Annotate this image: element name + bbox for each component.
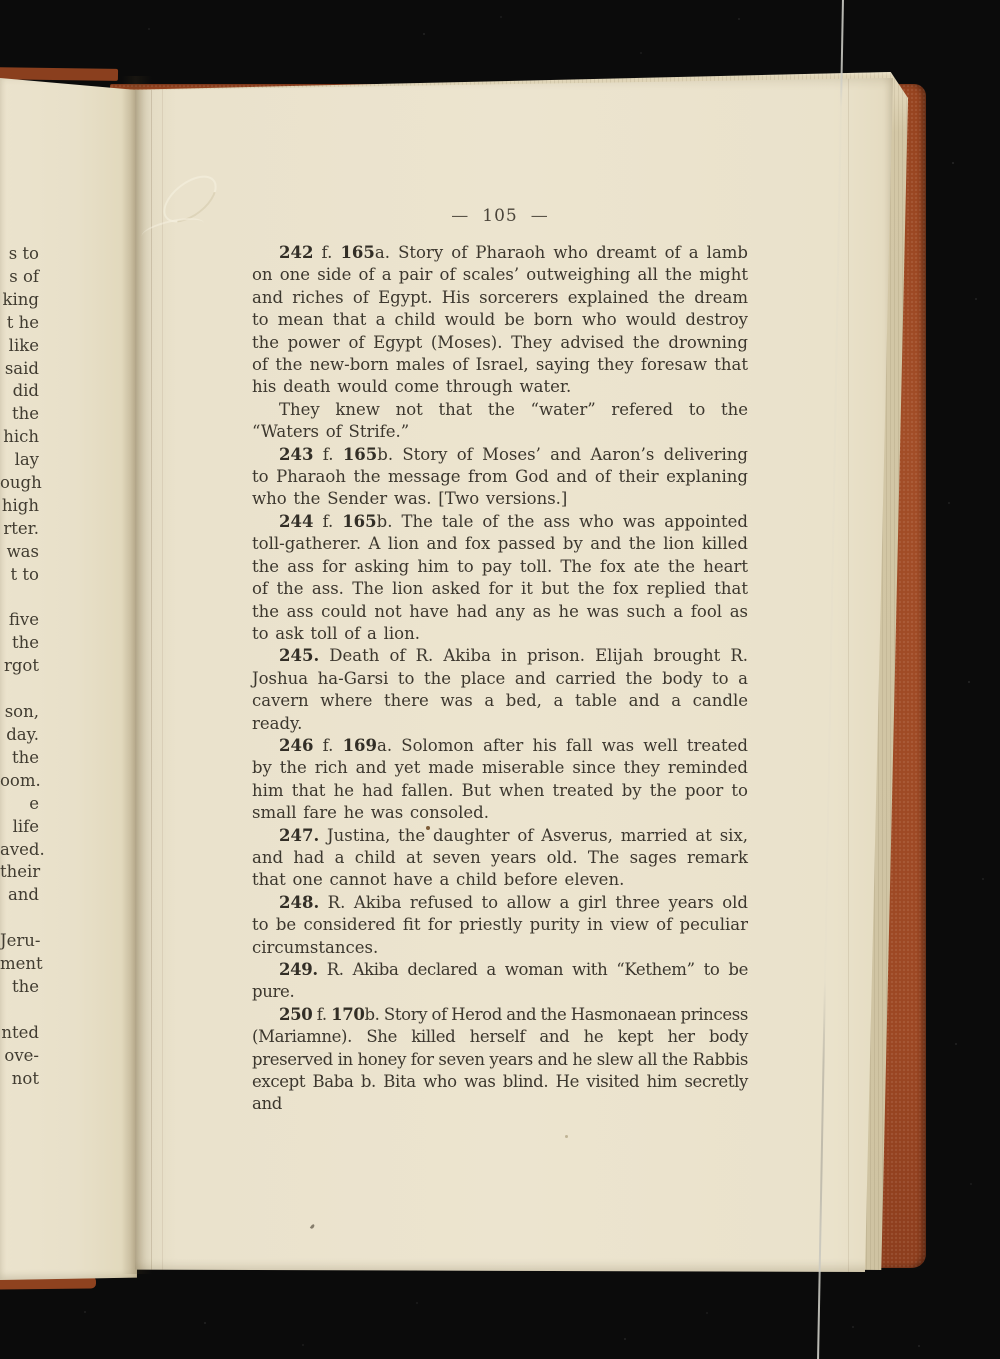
- left-page-fragment: day.: [0, 724, 39, 747]
- fragment-group: Jeru-mentthe: [0, 930, 39, 999]
- left-page-fragment: the: [0, 747, 39, 770]
- left-page-fragment: rter.: [0, 518, 39, 541]
- catalog-entry: 249. R. Akiba declared a woman with “Ket…: [252, 959, 748, 1004]
- gutter-crease-line-2: [162, 76, 163, 1272]
- left-page-fragment: ough: [0, 472, 39, 495]
- left-page-fragment: high: [0, 495, 39, 518]
- left-page-fragment: t to: [0, 564, 39, 587]
- left-page-fragment: said: [0, 358, 39, 381]
- left-page-fragment: the: [0, 632, 39, 655]
- fragment-group: ntedove-not: [0, 1022, 39, 1091]
- left-page-fragment: Jeru-: [0, 930, 39, 953]
- left-page-fragment: rgot: [0, 655, 39, 678]
- catalog-entry: 250 f. 170b. Story of Herod and the Hasm…: [252, 1004, 748, 1116]
- catalog-entry: 248. R. Akiba refused to allow a girl th…: [252, 892, 748, 959]
- catalog-entry: 243 f. 165b. Story of Moses’ and Aaron’s…: [252, 444, 748, 511]
- left-page-fragment: e life: [0, 793, 39, 839]
- catalog-entry: 247. Justina, the daughter of Asverus, m…: [252, 825, 748, 892]
- left-page-fragment: aved.: [0, 839, 39, 862]
- left-page-fragment: like: [0, 335, 39, 358]
- header-dash-left: —: [451, 206, 469, 226]
- left-page-fragment: was: [0, 541, 39, 564]
- left-page-fragment: s to: [0, 243, 39, 266]
- left-page-fragment: oom.: [0, 770, 39, 793]
- right-page: —105— 242 f. 165a. Story of Pharaoh who …: [135, 76, 893, 1272]
- catalog-entry: They knew not that the “water” refered t…: [252, 399, 748, 444]
- left-page-fragment: son,: [0, 701, 39, 724]
- left-page-fragment: and: [0, 884, 39, 907]
- entries: 242 f. 165a. Story of Pharaoh who dreamt…: [252, 242, 748, 1116]
- catalog-entry: 246 f. 169a. Solomon after his fall was …: [252, 735, 748, 825]
- left-page-fragment: the: [0, 403, 39, 426]
- fore-edge-crease-line: [848, 76, 849, 1272]
- paper-speck: [565, 1135, 568, 1138]
- left-page-fragment: ove-: [0, 1045, 39, 1068]
- page-number-header: —105—: [252, 206, 748, 226]
- left-page-fragment: not: [0, 1068, 39, 1091]
- left-page-fragment: did: [0, 380, 39, 403]
- left-page-fragment: the: [0, 976, 39, 999]
- gutter-crease-line: [151, 76, 152, 1272]
- left-page-fragment: their: [0, 861, 39, 884]
- left-page-fragment: ment: [0, 953, 39, 976]
- fragment-group: s tos ofkingt helikesaiddidthehichlayoug…: [0, 243, 39, 587]
- catalog-entry: 242 f. 165a. Story of Pharaoh who dreamt…: [252, 242, 748, 399]
- fragment-group: fivethergot: [0, 609, 39, 678]
- left-page-fragment: five: [0, 609, 39, 632]
- dust-speckles: [0, 0, 2, 2]
- left-page-fragment: s of: [0, 266, 39, 289]
- left-page-fragment: nted: [0, 1022, 39, 1045]
- paper-speck: [426, 826, 430, 830]
- left-page-fragment: hich: [0, 426, 39, 449]
- left-page-fragment: king: [0, 289, 39, 312]
- left-page-fragment: lay: [0, 449, 39, 472]
- fragment-group: son,day.theoom.e lifeaved.theirand: [0, 701, 39, 907]
- left-page-fragment: t he: [0, 312, 39, 335]
- book-cover-top-strip: [0, 67, 118, 81]
- pressed-leaf-emboss: [141, 176, 221, 246]
- page-number: 105: [482, 206, 517, 226]
- left-page-fragments: s tos ofkingt helikesaiddidthehichlayoug…: [0, 243, 39, 1090]
- header-dash-right: —: [531, 206, 549, 226]
- catalog-entry: 244 f. 165b. The tale of the ass who was…: [252, 511, 748, 645]
- catalog-entry: 245. Death of R. Akiba in prison. Elijah…: [252, 645, 748, 735]
- book-scan-photo: —105— 242 f. 165a. Story of Pharaoh who …: [0, 0, 1000, 1359]
